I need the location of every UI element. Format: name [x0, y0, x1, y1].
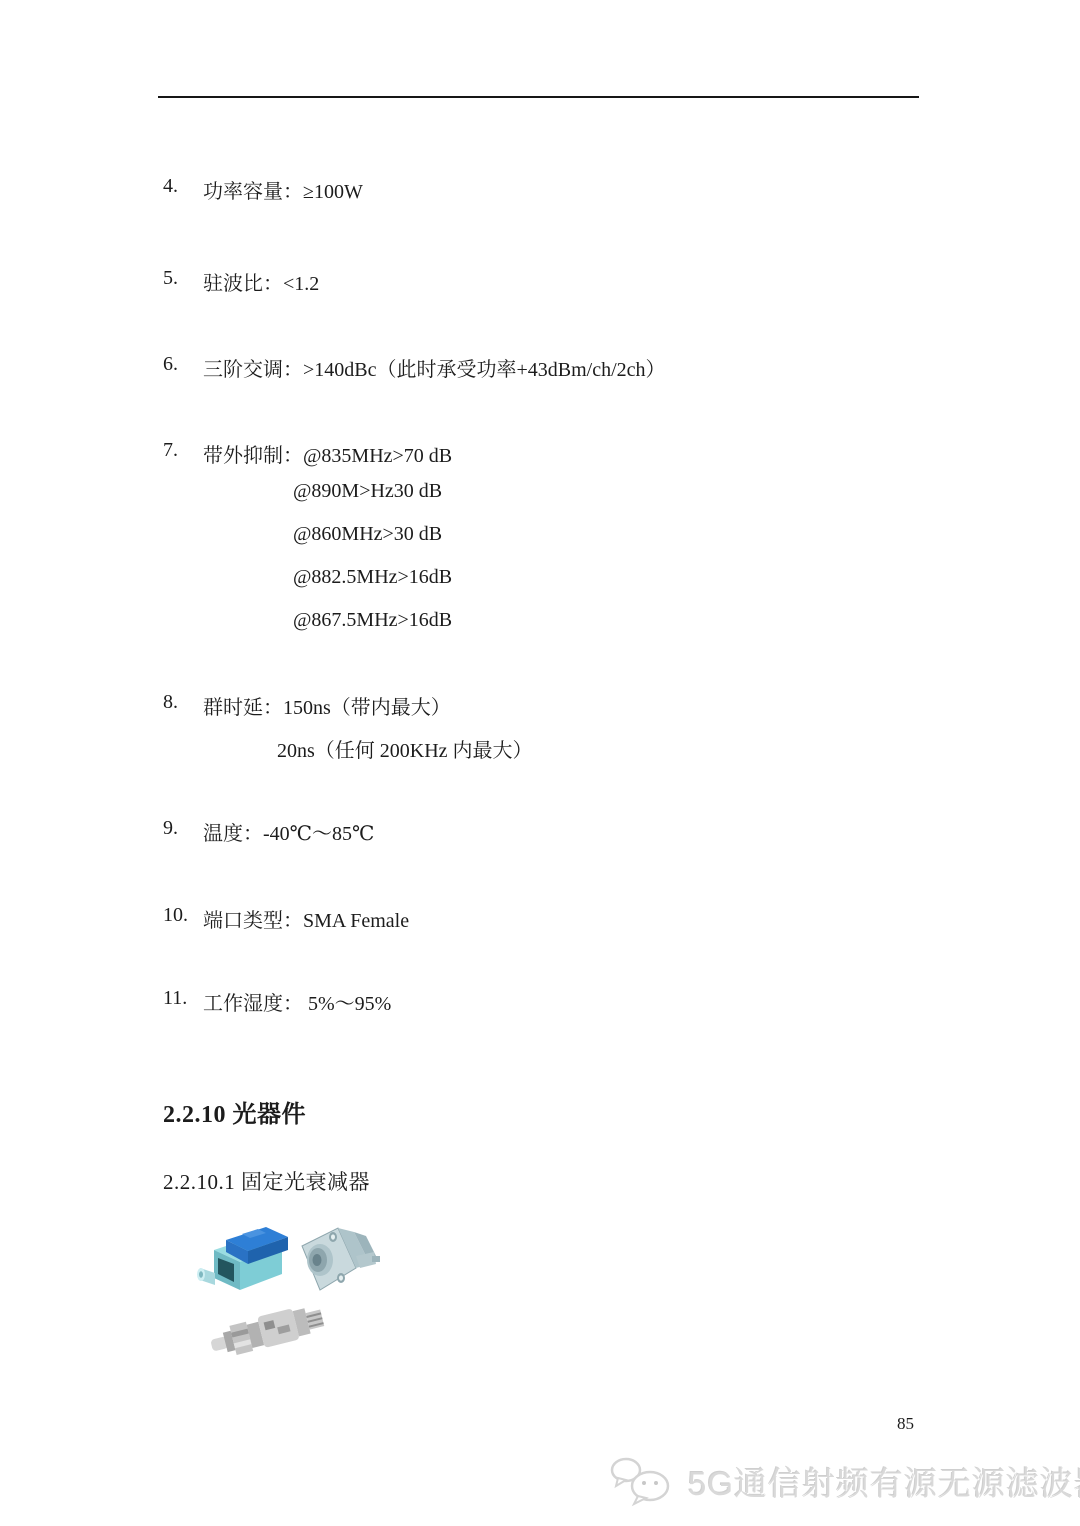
spec-item-number: 4.: [163, 175, 203, 204]
fixed-optical-attenuators-photo: [170, 1212, 430, 1377]
spec-item-text: 功率容量：≥100W: [203, 175, 363, 204]
inline-attenuator-metal: [208, 1302, 326, 1361]
spec-item-8-subline: 20ns（任何 200KHz 内最大）: [277, 734, 533, 763]
spec-item-7-subline: @860MHz>30 dB: [293, 523, 442, 546]
spec-item-7-subline: @882.5MHz>16dB: [293, 566, 452, 589]
footer-watermark: 5G通信射频有源无源滤波器天线: [608, 1452, 1080, 1510]
spec-item-11: 11.工作湿度： 5%～95%: [163, 987, 391, 1016]
spec-item-5: 5.驻波比：<1.2: [163, 267, 319, 296]
header-rule: [158, 96, 919, 98]
sc-attenuator-blue: [197, 1227, 288, 1290]
spec-item-6: 6.三阶交调：>140dBc（此时承受功率+43dBm/ch/2ch）: [163, 353, 666, 382]
page-number: 85: [897, 1414, 914, 1434]
spec-item-number: 5.: [163, 267, 203, 296]
spec-item-9: 9.温度：-40℃～85℃: [163, 817, 374, 846]
subsection-heading: 2.2.10.1 固定光衰减器: [163, 1166, 370, 1196]
document-page: { "doc": { "spec_items": [ { "num": "4."…: [0, 0, 1080, 1526]
spec-item-text: 群时延：150ns（带内最大）: [203, 691, 451, 720]
spec-item-number: 8.: [163, 691, 203, 720]
flange-attenuator-gray: [302, 1228, 380, 1290]
spec-item-text: 工作湿度： 5%～95%: [203, 987, 391, 1016]
spec-item-number: 10.: [163, 904, 203, 933]
spec-item-number: 7.: [163, 439, 203, 468]
section-heading: 2.2.10 光器件: [163, 1094, 306, 1129]
spec-item-text: 驻波比：<1.2: [203, 267, 319, 296]
spec-item-10: 10.端口类型：SMA Female: [163, 904, 409, 933]
spec-item-7-subline: @867.5MHz>16dB: [293, 609, 452, 632]
spec-item-number: 11.: [163, 987, 203, 1016]
spec-item-text: 三阶交调：>140dBc（此时承受功率+43dBm/ch/2ch）: [203, 353, 666, 382]
spec-item-7: 7.带外抑制：@835MHz>70 dB: [163, 439, 452, 468]
wechat-logo-icon: [608, 1452, 680, 1510]
spec-item-number: 9.: [163, 817, 203, 846]
spec-item-text: 端口类型：SMA Female: [203, 904, 409, 933]
spec-item-text: 温度：-40℃～85℃: [203, 817, 374, 846]
spec-item-number: 6.: [163, 353, 203, 382]
spec-item-7-subline: @890M>Hz30 dB: [293, 480, 442, 503]
spec-item-4: 4.功率容量：≥100W: [163, 175, 363, 204]
spec-item-text: 带外抑制：@835MHz>70 dB: [203, 439, 452, 468]
spec-item-8: 8.群时延：150ns（带内最大）: [163, 691, 451, 720]
watermark-text: 5G通信射频有源无源滤波器天线: [688, 1458, 1080, 1505]
